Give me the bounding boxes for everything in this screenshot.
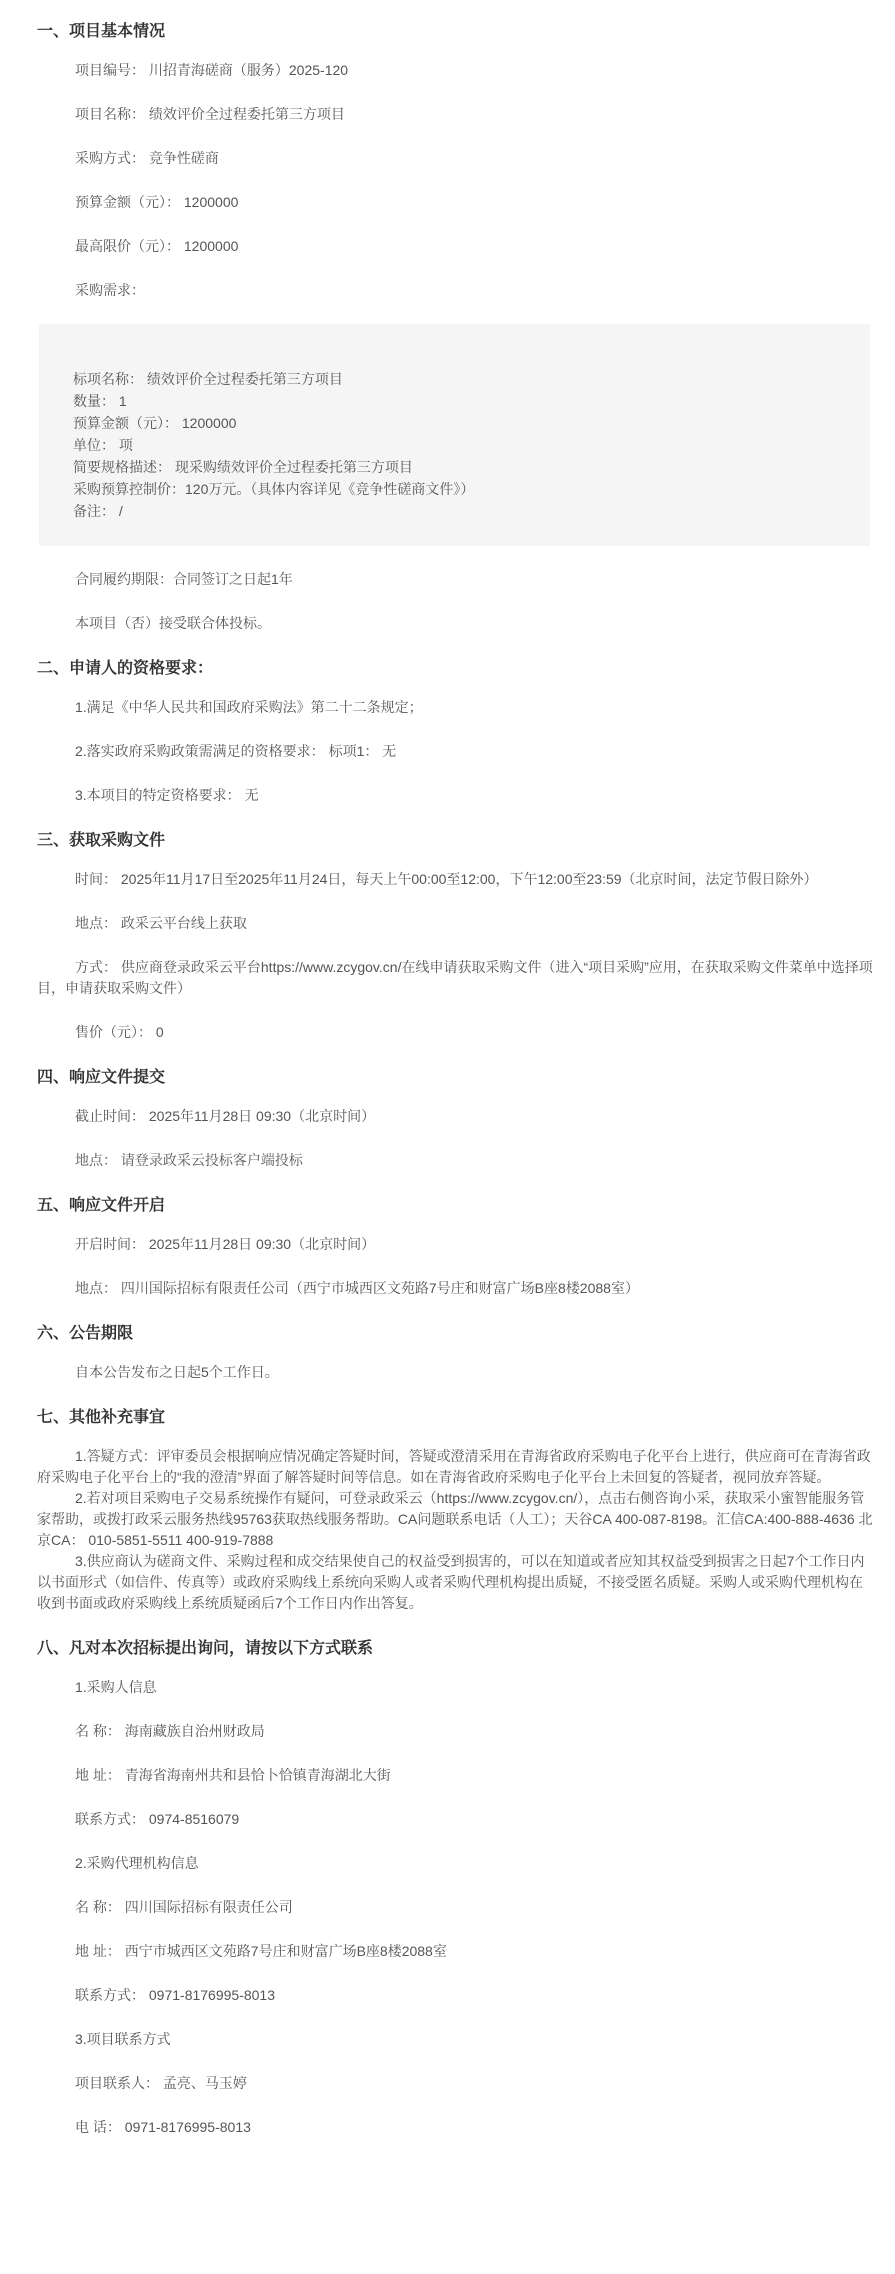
bid-item-box-line: 单位： 项 [73,434,836,456]
paragraph: 地 址： 青海省海南州共和县恰卜恰镇青海湖北大街 [37,1765,873,1786]
paragraph: 方式： 供应商登录政采云平台https://www.zcygov.cn/在线申请… [37,957,873,999]
section: 三、获取采购文件时间： 2025年11月17日至2025年11月24日，每天上午… [37,829,873,1043]
paragraph: 2.若对项目采购电子交易系统操作有疑问，可登录政采云（https://www.z… [37,1488,873,1551]
bid-item-box-line: 采购预算控制价：120万元。（具体内容详见《竞争性磋商文件》） [73,478,836,500]
paragraph: 时间： 2025年11月17日至2025年11月24日，每天上午00:00至12… [37,869,873,890]
paragraph: 1.答疑方式：评审委员会根据响应情况确定答疑时间，答疑或澄清采用在青海省政府采购… [37,1446,873,1488]
paragraph: 联系方式： 0971-8176995-8013 [37,1985,873,2006]
section-heading: 一、项目基本情况 [37,20,873,44]
paragraph: 采购需求： [37,280,873,301]
paragraph: 联系方式： 0974-8516079 [37,1809,873,1830]
section: 四、响应文件提交截止时间： 2025年11月28日 09:30（北京时间）地点：… [37,1066,873,1171]
paragraph: 3.项目联系方式 [37,2029,873,2050]
section: 七、其他补充事宜1.答疑方式：评审委员会根据响应情况确定答疑时间，答疑或澄清采用… [37,1406,873,1614]
paragraph: 地 址： 西宁市城西区文苑路7号庄和财富广场B座8楼2088室 [37,1941,873,1962]
section: 八、凡对本次招标提出询问，请按以下方式联系1.采购人信息名 称： 海南藏族自治州… [37,1637,873,2138]
bid-item-box-line: 标项名称： 绩效评价全过程委托第三方项目 [73,368,836,390]
bid-item-box-line: 预算金额（元）： 1200000 [73,412,836,434]
paragraph: 地点： 请登录政采云投标客户端投标 [37,1150,873,1171]
paragraph: 项目编号： 川招青海磋商（服务）2025-120 [37,60,873,81]
bid-item-box-line: 备注： / [73,500,836,522]
section-heading: 四、响应文件提交 [37,1066,873,1090]
paragraph: 项目名称： 绩效评价全过程委托第三方项目 [37,104,873,125]
paragraph: 3.供应商认为磋商文件、采购过程和成交结果使自己的权益受到损害的，可以在知道或者… [37,1551,873,1614]
bid-item-box: 标项名称： 绩效评价全过程委托第三方项目数量： 1预算金额（元）： 120000… [39,324,870,546]
section: 六、公告期限自本公告发布之日起5个工作日。 [37,1322,873,1383]
paragraph: 合同履约期限：合同签订之日起1年 [37,569,873,590]
bid-item-box-line: 数量： 1 [73,390,836,412]
announcement-body: 一、项目基本情况项目编号： 川招青海磋商（服务）2025-120项目名称： 绩效… [37,20,873,2138]
paragraph: 开启时间： 2025年11月28日 09:30（北京时间） [37,1234,873,1255]
section-heading: 三、获取采购文件 [37,829,873,853]
paragraph: 售价（元）： 0 [37,1022,873,1043]
paragraph: 地点： 政采云平台线上获取 [37,913,873,934]
paragraph: 名 称： 四川国际招标有限责任公司 [37,1897,873,1918]
paragraph: 1.采购人信息 [37,1677,873,1698]
section: 五、响应文件开启开启时间： 2025年11月28日 09:30（北京时间）地点：… [37,1194,873,1299]
section-heading: 八、凡对本次招标提出询问，请按以下方式联系 [37,1637,873,1661]
paragraph: 预算金额（元）： 1200000 [37,192,873,213]
paragraph: 地点： 四川国际招标有限责任公司（西宁市城西区文苑路7号庄和财富广场B座8楼20… [37,1278,873,1299]
supplementary-notes-block: 1.答疑方式：评审委员会根据响应情况确定答疑时间，答疑或澄清采用在青海省政府采购… [37,1446,873,1614]
paragraph: 采购方式： 竞争性磋商 [37,148,873,169]
paragraph: 项目联系人： 孟亮、马玉婷 [37,2073,873,2094]
paragraph: 本项目（否）接受联合体投标。 [37,613,873,634]
section-heading: 二、申请人的资格要求： [37,657,873,681]
paragraph: 3.本项目的特定资格要求： 无 [37,785,873,806]
section: 一、项目基本情况项目编号： 川招青海磋商（服务）2025-120项目名称： 绩效… [37,20,873,634]
procurement-announcement-document: 一、项目基本情况项目编号： 川招青海磋商（服务）2025-120项目名称： 绩效… [0,0,895,2274]
bid-item-box-line: 简要规格描述： 现采购绩效评价全过程委托第三方项目 [73,456,836,478]
paragraph: 2.落实政府采购政策需满足的资格要求： 标项1： 无 [37,741,873,762]
paragraph: 截止时间： 2025年11月28日 09:30（北京时间） [37,1106,873,1127]
paragraph: 自本公告发布之日起5个工作日。 [37,1362,873,1383]
paragraph: 名 称： 海南藏族自治州财政局 [37,1721,873,1742]
paragraph: 电 话： 0971-8176995-8013 [37,2117,873,2138]
section-heading: 五、响应文件开启 [37,1194,873,1218]
paragraph: 2.采购代理机构信息 [37,1853,873,1874]
section-heading: 六、公告期限 [37,1322,873,1346]
section-heading: 七、其他补充事宜 [37,1406,873,1430]
paragraph: 1.满足《中华人民共和国政府采购法》第二十二条规定； [37,697,873,718]
section: 二、申请人的资格要求：1.满足《中华人民共和国政府采购法》第二十二条规定；2.落… [37,657,873,806]
paragraph: 最高限价（元）： 1200000 [37,236,873,257]
